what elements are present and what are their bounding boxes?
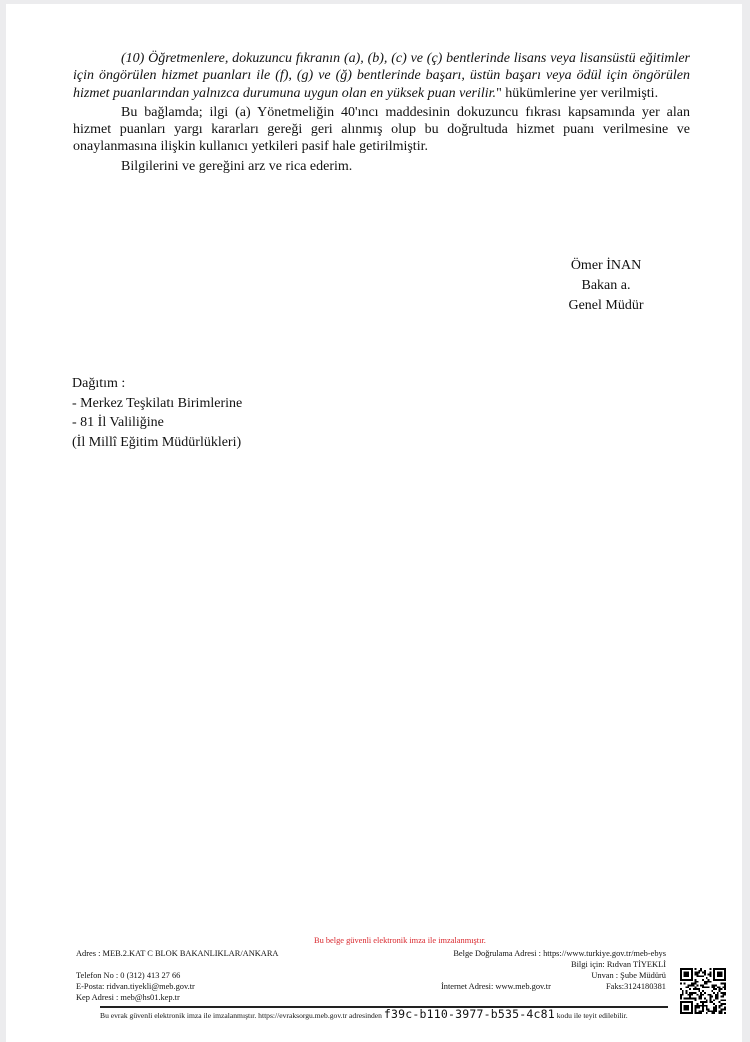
verification-address[interactable]: Belge Doğrulama Adresi : https://www.tur… xyxy=(453,948,666,959)
document-page: (10) Öğretmenlere, dokuzuncu fıkranın (a… xyxy=(6,4,742,1042)
verify-prefix: Bu evrak güvenli elektronik imza ile imz… xyxy=(100,1011,382,1020)
document-footer: Bu belge güvenli elektronik imza ile imz… xyxy=(6,4,742,1042)
footer-address: Adres : MEB.2.KAT C BLOK BAKANLIKLAR/ANK… xyxy=(76,948,278,959)
contact-title: Unvan : Şube Müdürü xyxy=(591,970,666,981)
verification-code: f39c-b110-3977-b535-4c81 xyxy=(384,1007,555,1021)
qr-code-icon[interactable] xyxy=(680,968,726,1014)
footer-fax: Faks:3124180381 xyxy=(606,981,666,992)
verification-line: Bu evrak güvenli elektronik imza ile imz… xyxy=(100,1009,628,1021)
kep-address[interactable]: Kep Adresi : meb@hs01.kep.tr xyxy=(76,992,180,1003)
verify-suffix: kodu ile teyit edilebilir. xyxy=(557,1011,628,1020)
esign-notice: Bu belge güvenli elektronik imza ile imz… xyxy=(314,935,486,946)
info-contact: Bilgi için: Rıdvan TİYEKLİ xyxy=(571,959,666,970)
footer-phone: Telefon No : 0 (312) 413 27 66 xyxy=(76,970,180,981)
internet-address[interactable]: İnternet Adresi: www.meb.gov.tr xyxy=(441,981,551,992)
footer-email[interactable]: E-Posta: ridvan.tiyekli@meb.gov.tr xyxy=(76,981,195,992)
